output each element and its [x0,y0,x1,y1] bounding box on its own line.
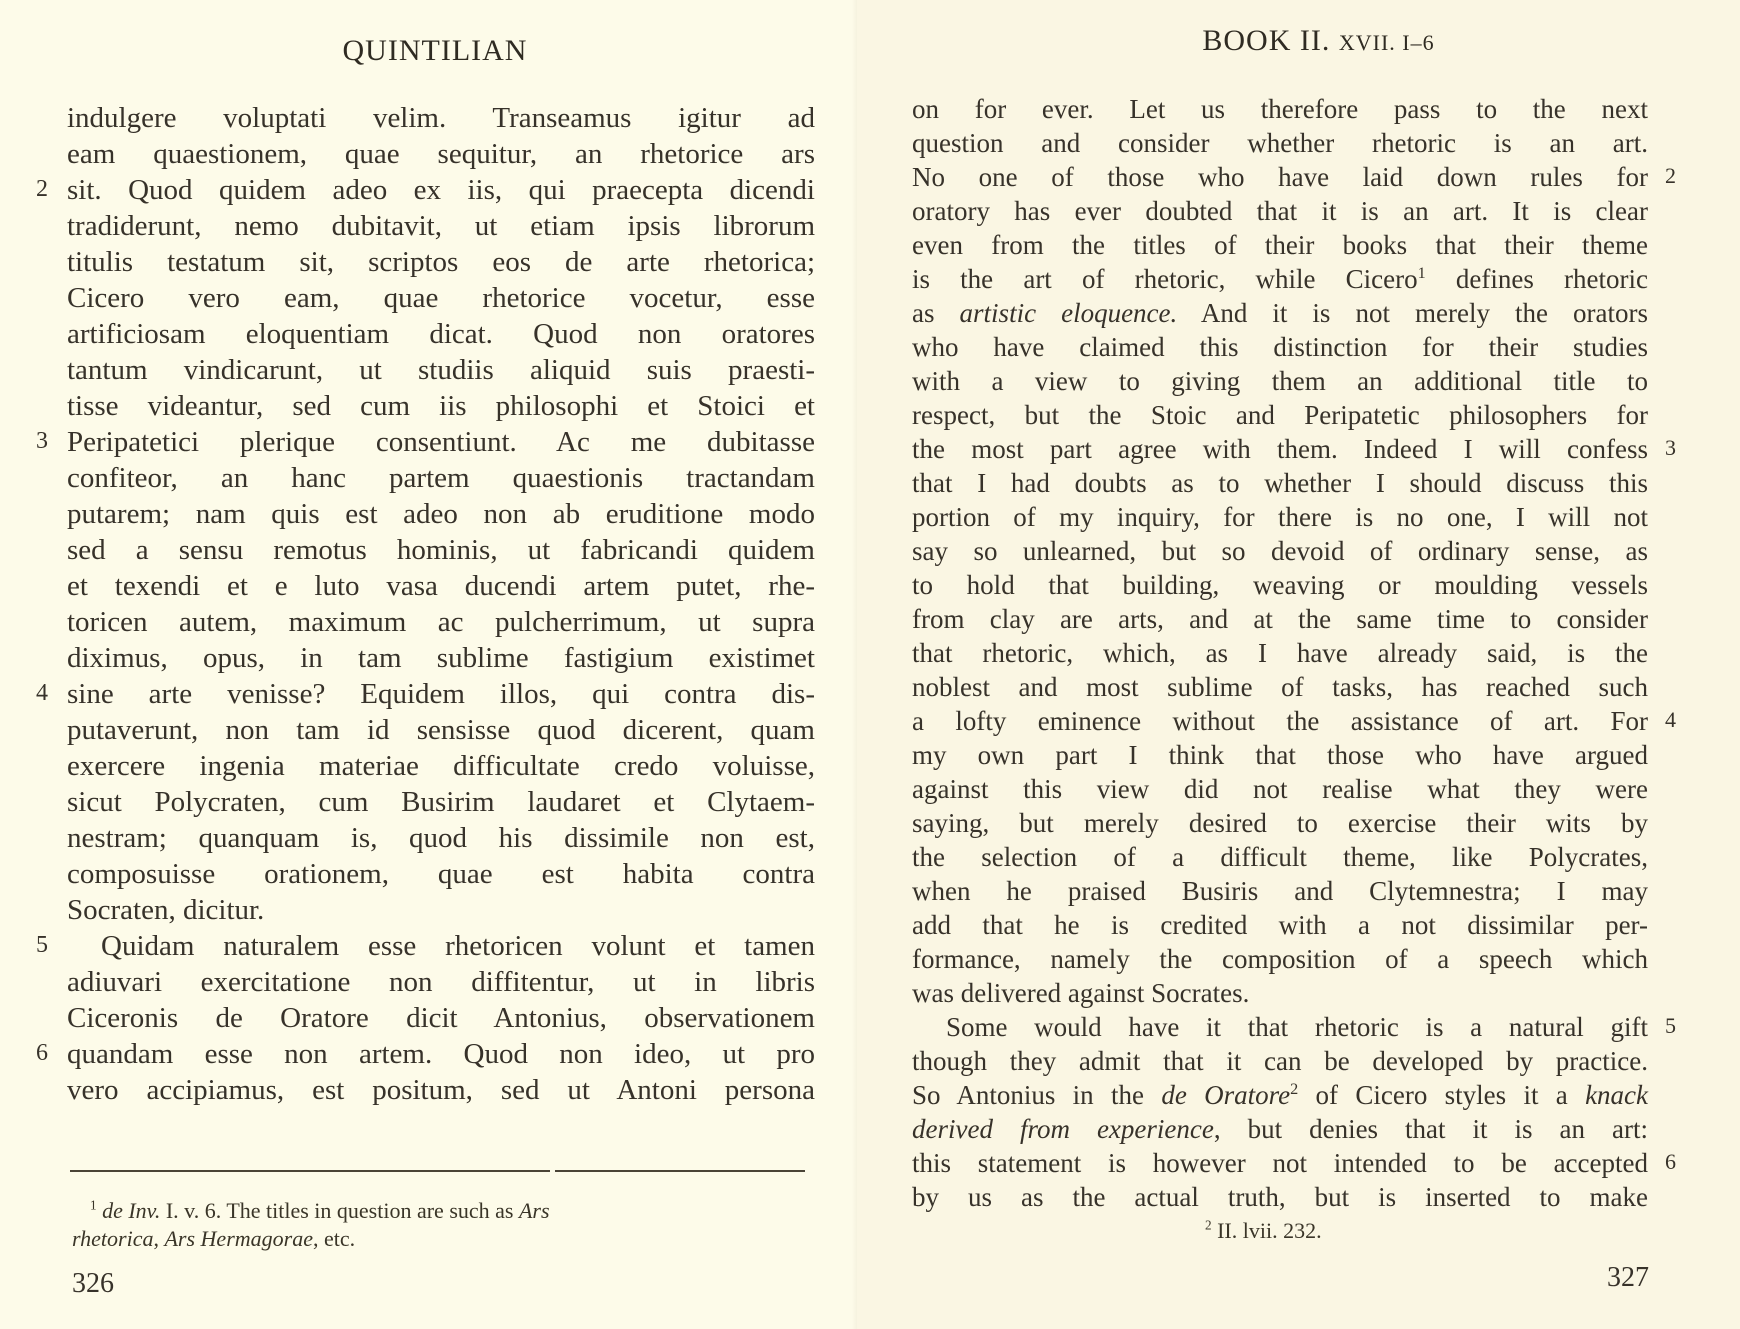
text-span: And it is not merely the orators [1177,298,1648,328]
running-head-book: BOOK II. [1202,24,1330,57]
text-line: tradiderunt, nemo dubitavit, ut etiam ip… [67,208,815,244]
section-number: 5 [1665,1013,1676,1039]
text-line: formance, namely the composition of a sp… [912,942,1648,976]
section-number: 4 [36,680,48,707]
text-line: et texendi et e luto vasa ducendi artem … [67,568,815,604]
page-number-right: 327 [1607,1262,1649,1294]
text-line: though they admit that it can be develop… [912,1044,1648,1078]
text-line: tisse videantur, sed cum iis philosophi … [67,388,815,424]
text-line: Quidam naturalem esse rhetoricen volunt … [67,928,815,964]
text-line: Peripatetici plerique consentiunt. Ac me… [67,424,815,460]
text-span: of Cicero styles it a [1298,1080,1585,1110]
text-line: was delivered against Socrates. [912,976,1648,1010]
text-line: oratory has ever doubted that it is an a… [912,194,1648,228]
italic-phrase: knack [1585,1080,1648,1110]
text-span: , but denies that it is an art: [1214,1114,1648,1144]
text-line: even from the titles of their books that… [912,228,1648,262]
text-line: sed a sensu remotus hominis, ut fabrican… [67,532,815,568]
italic-phrase: de Oratore [1161,1080,1290,1110]
text-line: from clay are arts, and at the same time… [912,602,1648,636]
text-line: adiuvari exercitatione non diffitentur, … [67,964,815,1000]
text-line: portion of my inquiry, for there is no o… [912,500,1648,534]
text-line: that rhetoric, which, as I have already … [912,636,1648,670]
footnote-title: rhetorica [72,1226,153,1251]
text-line: eam quaestionem, quae sequitur, an rheto… [67,136,815,172]
text-line: sine arte venisse? Equidem illos, qui co… [67,676,815,712]
italic-phrase: artistic eloquence. [960,298,1178,328]
running-head-section: BOOK II. XVII. I–6 [857,24,1740,58]
text-line: exercere ingenia materiae difficultate c… [67,748,815,784]
footnote-2: 2 II. lvii. 232. [1205,1218,1322,1244]
footnote-text: II. lvii. 232. [1217,1218,1322,1243]
right-page: BOOK II. XVII. I–6 on for ever. Let us t… [857,0,1740,1329]
section-number: 5 [36,932,48,959]
text-line: this statement is however not intended t… [912,1146,1648,1180]
footnote-rule [70,1170,550,1172]
text-line: respect, but the Stoic and Peripatetic p… [912,398,1648,432]
text-line: noblest and most sublime of tasks, has r… [912,670,1648,704]
text-line: the most part agree with them. Indeed I … [912,432,1648,466]
footnote-text: , [153,1226,164,1251]
text-line: Some would have it that rhetoric is a na… [912,1010,1648,1044]
text-span: defines rhetoric [1426,264,1648,294]
text-line: who have claimed this distinction for th… [912,330,1648,364]
footnote-title: Ars Hermagorae [164,1226,313,1251]
footnote-marker: 2 [1205,1218,1212,1233]
text-line: that I had doubts as to whether I should… [912,466,1648,500]
text-line: to hold that building, weaving or mouldi… [912,568,1648,602]
text-line: composuisse orationem, quae est habita c… [67,856,815,892]
text-line: is the art of rhetoric, while Cicero1 de… [912,262,1648,296]
text-line: by us as the actual truth, but is insert… [912,1180,1648,1214]
section-number: 3 [1665,435,1676,461]
footnote-text: I. v. 6. The titles in question are such… [160,1198,519,1223]
footnote-ref-marker: 2 [1290,1080,1298,1098]
text-line: diximus, opus, in tam sublime fastigium … [67,640,815,676]
text-line: derived from experience, but denies that… [912,1112,1648,1146]
text-line: the selection of a difficult theme, like… [912,840,1648,874]
text-line: as artistic eloquence. And it is not mer… [912,296,1648,330]
text-line: saying, but merely desired to exercise t… [912,806,1648,840]
text-line: putaverunt, non tam id sensisse quod dic… [67,712,815,748]
text-line: nestram; quanquam is, quod his dissimile… [67,820,815,856]
italic-phrase: derived from experience [912,1114,1214,1144]
text-span: So Antonius in the [912,1080,1144,1110]
footnote-1: 1 de Inv. I. v. 6. The titles in questio… [90,1198,550,1224]
text-line: So Antonius in the de Oratore2 of Cicero… [912,1078,1648,1112]
text-line: question and consider whether rhetoric i… [912,126,1648,160]
footnote-rule [555,1170,805,1172]
text-line: vero accipiamus, est positum, sed ut Ant… [67,1072,815,1108]
footnote-text: , etc. [313,1226,355,1251]
text-line: putarem; nam quis est adeo non ab erudit… [67,496,815,532]
section-number: 3 [36,428,48,455]
text-line: add that he is credited with a not dissi… [912,908,1648,942]
text-line: a lofty eminence without the assistance … [912,704,1648,738]
section-number: 4 [1665,707,1676,733]
text-line: when he praised Busiris and Clytemnestra… [912,874,1648,908]
text-line: sit. Quod quidem adeo ex iis, qui praece… [67,172,815,208]
text-line: confiteor, an hanc partem quaestionis tr… [67,460,815,496]
text-line: Cicero vero eam, quae rhetorice vocetur,… [67,280,815,316]
text-line: with a view to giving them an additional… [912,364,1648,398]
text-line: indulgere voluptati velim. Transeamus ig… [67,100,815,136]
section-number: 6 [36,1040,48,1067]
text-line: No one of those who have laid down rules… [912,160,1648,194]
text-line: Ciceronis de Oratore dicit Antonius, obs… [67,1000,815,1036]
text-span: is the art of rhetoric, while Cicero [912,264,1418,294]
text-line: on for ever. Let us therefore pass to th… [912,92,1648,126]
section-number: 6 [1665,1149,1676,1175]
text-line: tantum vindicarunt, ut studiis aliquid s… [67,352,815,388]
left-page: QUINTILIAN indulgere voluptati velim. Tr… [0,0,857,1329]
text-span: as [912,298,935,328]
text-line: Socraten, dicitur. [67,892,815,928]
text-line: titulis testatum sit, scriptos eos de ar… [67,244,815,280]
footnote-marker: 1 [90,1198,97,1213]
text-line: artificiosam eloquentiam dicat. Quod non… [67,316,815,352]
section-number: 2 [1665,163,1676,189]
text-line: sicut Polycraten, cum Busirim laudaret e… [67,784,815,820]
running-head-author: QUINTILIAN [0,34,870,68]
footnote-title: Ars [519,1198,550,1223]
page-number-left: 326 [72,1268,114,1300]
footnote-ref-marker: 1 [1418,264,1426,282]
text-line: my own part I think that those who have … [912,738,1648,772]
running-head-chapter: XVII. I–6 [1339,30,1435,55]
section-number: 2 [36,176,48,203]
text-line: say so unlearned, but so devoid of ordin… [912,534,1648,568]
text-line: toricen autem, maximum ac pulcherrimum, … [67,604,815,640]
text-line: against this view did not realise what t… [912,772,1648,806]
footnote-1-cont: rhetorica, Ars Hermagorae, etc. [72,1226,355,1252]
footnote-ref: de Inv. [102,1198,160,1223]
text-line: quandam esse non artem. Quod non ideo, u… [67,1036,815,1072]
